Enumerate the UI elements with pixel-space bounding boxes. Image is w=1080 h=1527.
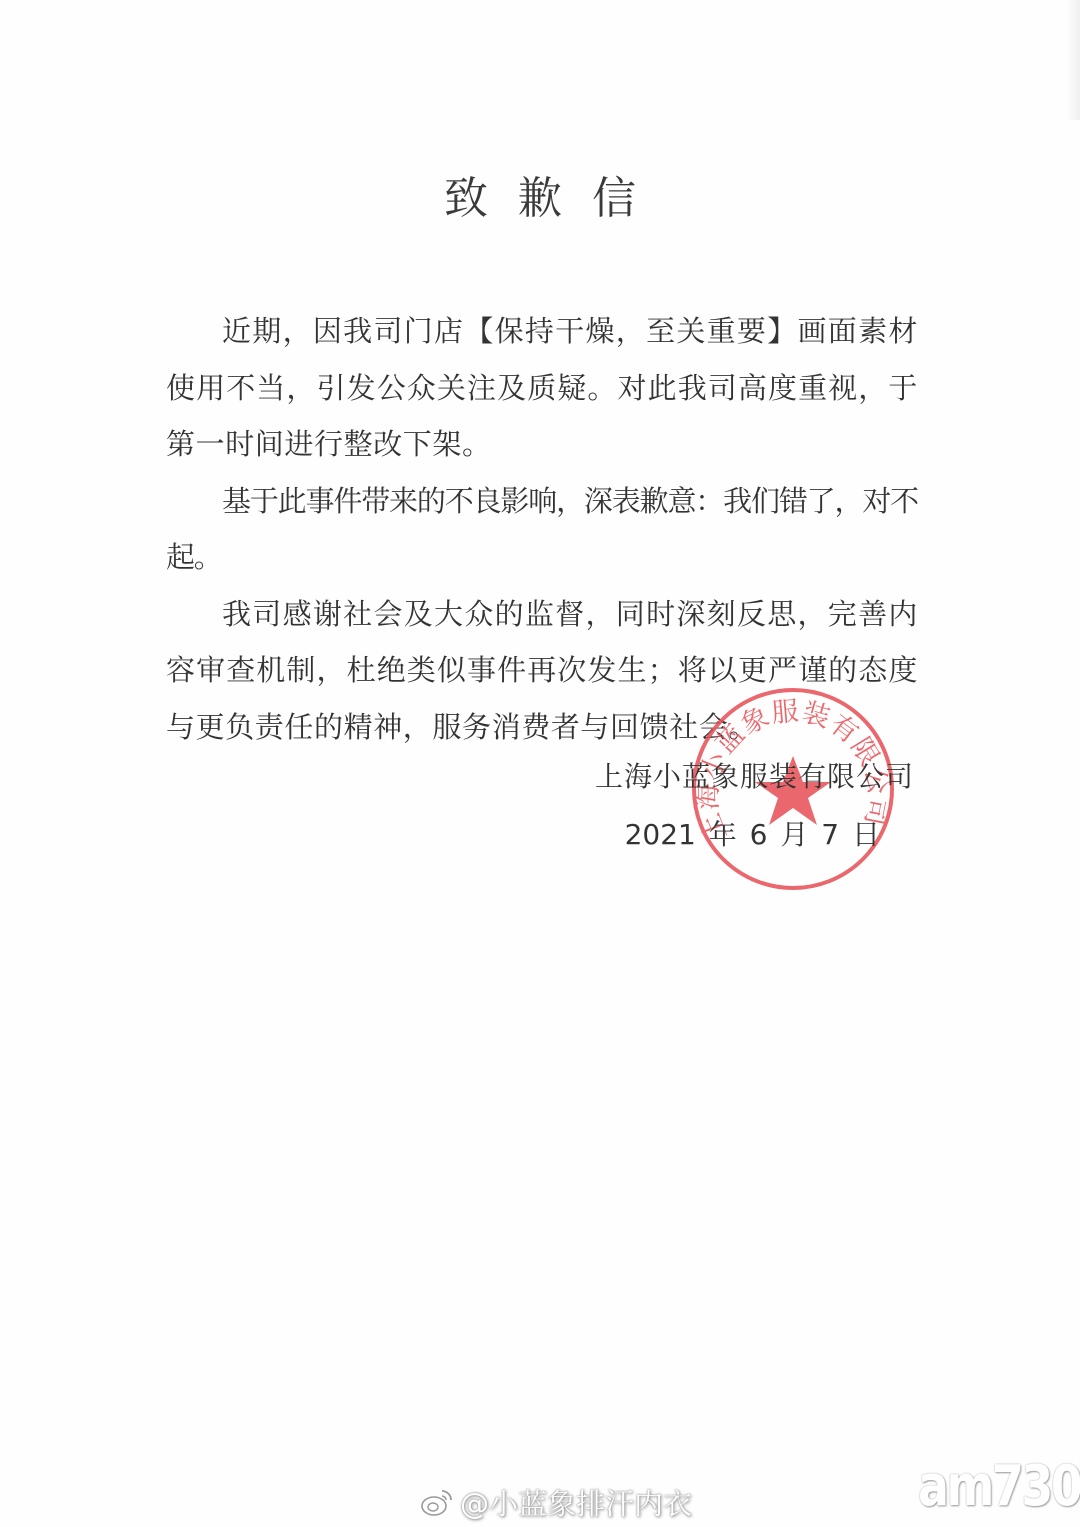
letter-title: 致歉信 [0, 169, 1080, 229]
paragraph-1: 近期，因我司门店【保持干燥，至关重要】画面素材使用不当，引发公众关注及质疑。对此… [166, 303, 918, 473]
signature-company: 上海小蓝象服装有限公司 [595, 752, 914, 802]
paragraph-2: 基于此事件带来的不良影响，深表歉意：我们错了，对不起。 [166, 473, 918, 586]
document-page: 致歉信 近期，因我司门店【保持干燥，至关重要】画面素材使用不当，引发公众关注及质… [0, 0, 1080, 1527]
scan-edge-shadow [1066, 0, 1080, 120]
am730-logo: am730 [918, 1452, 1041, 1522]
signature-date: 2021 年 6 月 7 日 [625, 810, 880, 860]
weibo-watermark: @小蓝象排汗内衣 [420, 1482, 692, 1522]
weibo-icon [420, 1485, 454, 1519]
weibo-handle: @小蓝象排汗内衣 [460, 1482, 692, 1523]
